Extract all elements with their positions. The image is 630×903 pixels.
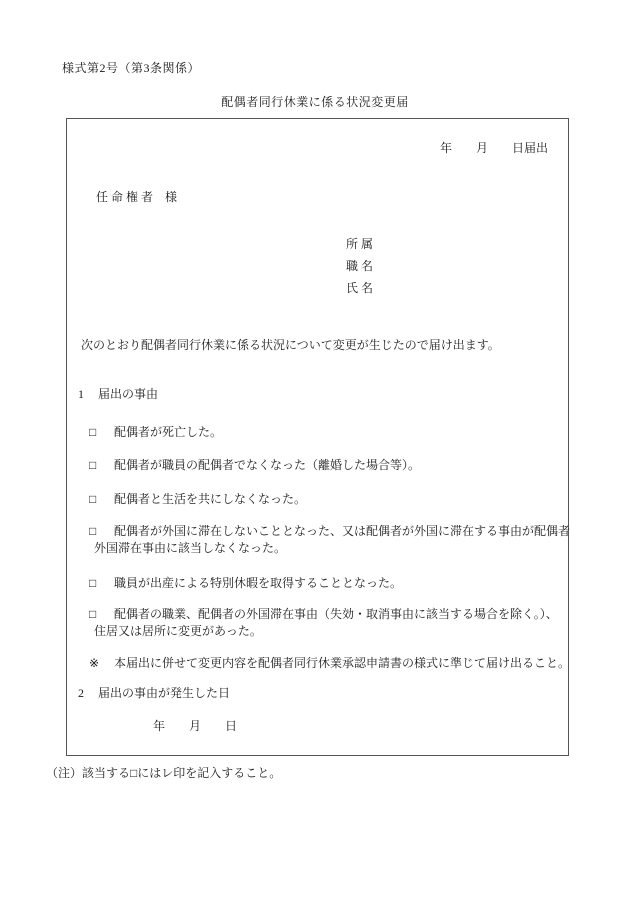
reason-text-line2: 外国滞在事由に該当しなくなった。	[94, 540, 570, 557]
checkbox-icon[interactable]: □	[89, 523, 114, 540]
section-2-title: 届出の事由が発生した日	[98, 686, 230, 700]
checkbox-icon[interactable]: □	[89, 457, 114, 474]
identity-block: 所 属 職 名 氏 名	[346, 238, 373, 304]
reason-text: 配偶者が外国に滞在しないこととなった、又は配偶者が外国に滞在する事由が配偶者	[114, 524, 570, 538]
form-page: 様式第2号（第3条関係） 配偶者同行休業に係る状況変更届 年 月 日届出 任 命…	[0, 0, 630, 903]
reason-item: □配偶者の職業、配偶者の外国滞在事由（失効・取消事由に該当する場合を除く。）、 …	[89, 606, 558, 640]
checkbox-icon[interactable]: □	[89, 424, 114, 441]
checkbox-icon[interactable]: □	[89, 575, 114, 592]
reason-item: □配偶者が職員の配偶者でなくなった（離婚した場合等）。	[89, 457, 420, 474]
footnote: （注）該当する□にはレ印を記入すること。	[46, 767, 281, 780]
addressee-line: 任 命 権 者 様	[96, 191, 177, 204]
form-number: 様式第2号（第3条関係）	[62, 62, 200, 75]
page-title: 配偶者同行休業に係る状況変更届	[0, 96, 630, 109]
checkbox-icon[interactable]: □	[89, 606, 114, 623]
form-frame: 年 月 日届出 任 命 権 者 様 所 属 職 名 氏 名 次のとおり配偶者同行…	[66, 118, 569, 756]
position-label: 職 名	[346, 260, 373, 282]
footnote-marker: （注）	[46, 767, 82, 780]
reason-item: □配偶者が死亡した。	[89, 424, 222, 441]
intro-statement: 次のとおり配偶者同行休業に係る状況について変更が生じたので届け出ます。	[81, 339, 500, 352]
reason-item: □職員が出産による特別休暇を取得することとなった。	[89, 575, 402, 592]
remark-text: 本届出に併せて変更内容を配偶者同行休業承認申請書の様式に準じて届け出ること。	[114, 656, 570, 670]
reason-text: 配偶者の職業、配偶者の外国滞在事由（失効・取消事由に該当する場合を除く。）、	[114, 607, 558, 621]
section-1-title: 届出の事由	[98, 387, 158, 401]
reason-text: 配偶者が死亡した。	[114, 425, 222, 439]
reason-text: 配偶者と生活を共にしなくなった。	[114, 492, 306, 506]
name-label: 氏 名	[346, 282, 373, 304]
reason-text: 職員が出産による特別休暇を取得することとなった。	[114, 576, 402, 590]
reason-item: □配偶者が外国に滞在しないこととなった、又は配偶者が外国に滞在する事由が配偶者 …	[89, 523, 570, 557]
submission-date-line: 年 月 日届出	[440, 142, 548, 155]
footnote-text: 該当する□にはレ印を記入すること。	[82, 766, 281, 780]
reference-mark-icon: ※	[89, 655, 114, 672]
reason-text: 配偶者が職員の配偶者でなくなった（離婚した場合等）。	[114, 458, 420, 472]
remark-line: ※本届出に併せて変更内容を配偶者同行休業承認申請書の様式に準じて届け出ること。	[89, 655, 570, 672]
checkbox-icon[interactable]: □	[89, 491, 114, 508]
section-2-number: 2	[78, 687, 98, 700]
occurrence-date-line: 年 月 日	[153, 720, 237, 733]
affiliation-label: 所 属	[346, 238, 373, 260]
reason-text-line2: 住居又は居所に変更があった。	[94, 623, 558, 640]
section-1-number: 1	[78, 388, 98, 401]
section-2-heading: 2届出の事由が発生した日	[78, 687, 230, 700]
section-1-heading: 1届出の事由	[78, 388, 158, 401]
reason-item: □配偶者と生活を共にしなくなった。	[89, 491, 306, 508]
